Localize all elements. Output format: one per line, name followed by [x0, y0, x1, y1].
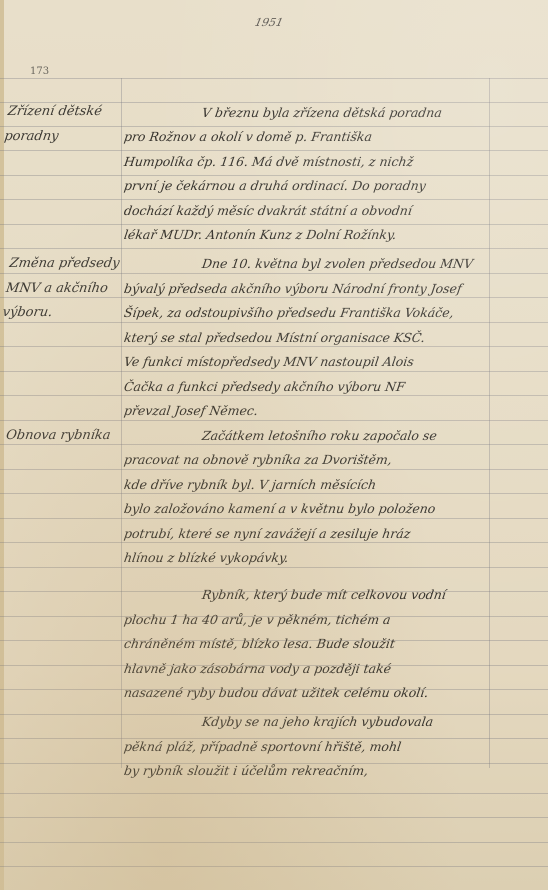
text-line: hlínou z blízké vykopávky.	[122, 546, 490, 570]
text-line: bylo založováno kamení a v květnu bylo p…	[122, 497, 490, 521]
ruled-line	[0, 78, 548, 79]
text-line: lékař MUDr. Antonín Kunz z Dolní Rožínky…	[122, 223, 490, 247]
text-line: Šípek, za odstoupivšího předsedu Františ…	[122, 301, 490, 325]
text-line: Začátkem letošního roku započalo se	[122, 424, 548, 448]
margin-line-left	[121, 78, 122, 768]
text-line: pro Rožnov a okolí v domě p. Františka	[122, 125, 490, 149]
text-line: by rybník sloužit i účelům rekreačním,	[122, 759, 490, 783]
text-line: Kdyby se na jeho krajích vybudovala	[122, 710, 548, 734]
text-line: plochu 1 ha 40 arů, je v pěkném, tichém …	[122, 608, 490, 632]
ruled-line	[0, 817, 548, 818]
text-line: Čačka a funkci předsedy akčního výboru N…	[122, 375, 490, 399]
text-line: chráněném místě, blízko lesa. Bude slouž…	[122, 632, 490, 656]
margin-note-childrens-clinic: Zřízení dětské poradny	[3, 100, 122, 149]
text-line: bývalý předseda akčního výboru Národní f…	[122, 277, 490, 301]
text-line: dochází každý měsíc dvakrát státní a obv…	[122, 199, 490, 223]
text-line: Ve funkci místopředsedy MNV nastoupil Al…	[122, 350, 490, 374]
text-line: Dne 10. května byl zvolen předsedou MNV	[122, 252, 548, 276]
text-line: Humpolíka čp. 116. Má dvě místnosti, z n…	[122, 150, 490, 174]
text-line: nasazené ryby budou dávat užitek celému …	[122, 681, 490, 705]
margin-note-mnv-chair-change: Změna předsedy MNV a akčního výboru.	[1, 252, 123, 326]
ruled-line	[0, 866, 548, 867]
text-line: potrubí, které se nyní zavážejí a zesilu…	[122, 522, 490, 546]
text-line: pracovat na obnově rybníka za Dvorištěm,	[122, 448, 490, 472]
text-line: Rybník, který bude mít celkovou vodní	[122, 583, 548, 607]
text-line: V březnu byla zřízena dětská poradna	[122, 101, 548, 125]
text-line: převzal Josef Němec.	[122, 399, 490, 423]
text-line: pěkná pláž, případně sportovní hřiště, m…	[122, 735, 490, 759]
text-line: kde dříve rybník byl. V jarních měsících	[122, 473, 490, 497]
page-edge	[0, 0, 4, 890]
text-line: hlavně jako zásobárna vody a později tak…	[122, 657, 490, 681]
ruled-line	[0, 248, 548, 249]
text-line: který se stal předsedou Místní organisac…	[122, 326, 490, 350]
ruled-line	[0, 842, 548, 843]
text-line: první je čekárnou a druhá ordinací. Do p…	[122, 174, 490, 198]
year-heading: 1951	[254, 16, 285, 29]
ruled-line	[0, 793, 548, 794]
chronicle-page: 1951 173 Zřízení dětské poradny V březnu…	[0, 0, 548, 890]
page-number: 173	[30, 66, 49, 77]
margin-note-pond-restoration: Obnova rybníka	[4, 424, 119, 449]
